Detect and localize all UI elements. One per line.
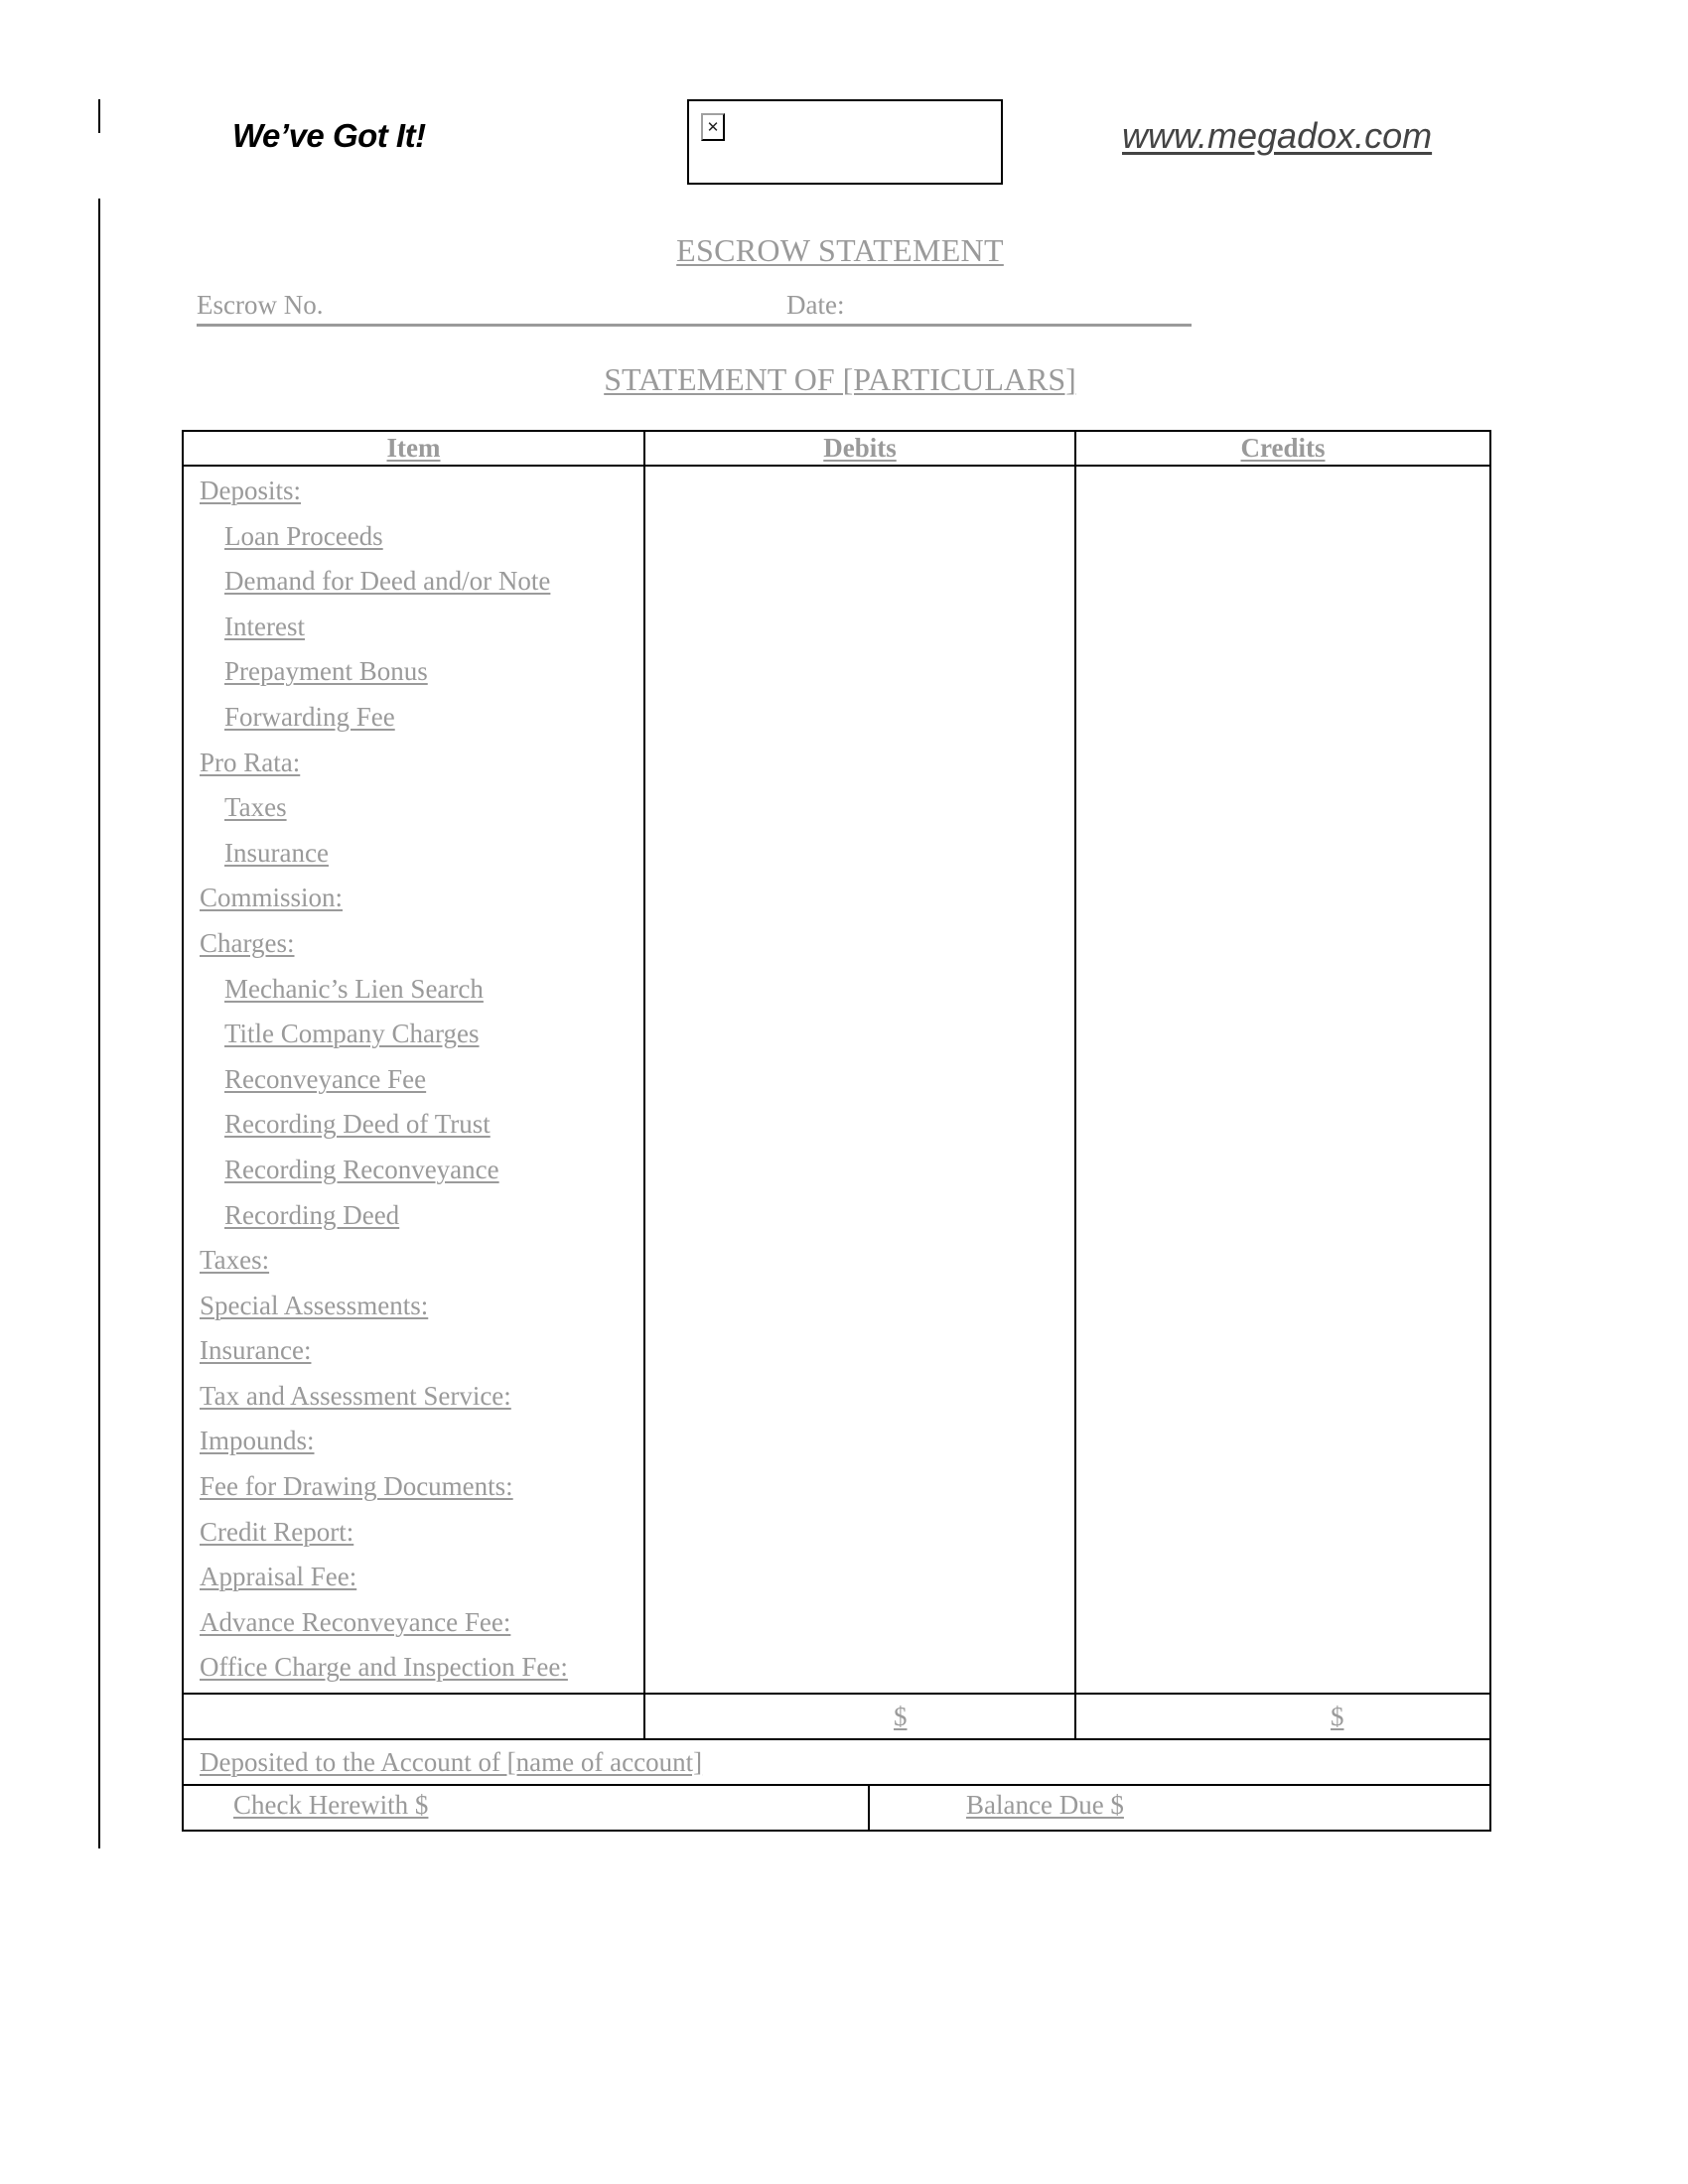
- item-label: Pro Rata:: [200, 748, 300, 777]
- credits-column[interactable]: [1075, 466, 1490, 1694]
- credit-total-symbol: $: [1331, 1702, 1344, 1731]
- item-label: Taxes: [224, 792, 287, 822]
- item-label: Credit Report:: [200, 1517, 353, 1547]
- debit-total-cell[interactable]: $: [644, 1694, 1075, 1739]
- logo-placeholder: ✕: [687, 99, 1003, 185]
- item-label: Recording Reconveyance: [224, 1155, 499, 1184]
- escrow-ledger-table: Item Debits Credits Deposits:Loan Procee…: [182, 430, 1491, 1832]
- item-category: Credit Report:: [184, 1512, 643, 1558]
- date-label: Date:: [786, 290, 844, 321]
- escrow-no-label: Escrow No.: [197, 290, 323, 321]
- item-label: Reconveyance Fee: [224, 1064, 426, 1094]
- item-category: Commission:: [184, 878, 643, 923]
- item-label: Special Assessments:: [200, 1291, 428, 1320]
- item-subcategory: Recording Reconveyance: [184, 1150, 643, 1195]
- item-label: Forwarding Fee: [224, 702, 395, 732]
- item-label: Recording Deed of Trust: [224, 1109, 491, 1139]
- payment-row: Check Herewith $ Balance Due $: [183, 1785, 1490, 1831]
- balance-due-field[interactable]: Balance Due $: [966, 1790, 1124, 1821]
- item-category: Pro Rata:: [184, 743, 643, 788]
- items-body-row: Deposits:Loan ProceedsDemand for Deed an…: [183, 466, 1490, 1694]
- item-category: Advance Reconveyance Fee:: [184, 1602, 643, 1648]
- item-category: Tax and Assessment Service:: [184, 1376, 643, 1422]
- margin-change-bar-top: [98, 99, 100, 133]
- item-subcategory: Reconveyance Fee: [184, 1059, 643, 1105]
- item-label: Interest: [224, 612, 305, 641]
- item-category: Charges:: [184, 923, 643, 969]
- payment-cell: Check Herewith $ Balance Due $: [183, 1785, 1490, 1831]
- payment-divider: [868, 1784, 870, 1832]
- item-category: Fee for Drawing Documents:: [184, 1466, 643, 1512]
- item-label: Loan Proceeds: [224, 521, 383, 551]
- escrow-date-field-line[interactable]: [197, 324, 1192, 327]
- item-category: Impounds:: [184, 1421, 643, 1466]
- column-header-credits: Credits: [1075, 431, 1490, 466]
- broken-image-icon: ✕: [701, 113, 725, 141]
- item-label: Fee for Drawing Documents:: [200, 1471, 513, 1501]
- item-subcategory: Loan Proceeds: [184, 516, 643, 562]
- document-title-text: ESCROW STATEMENT: [676, 232, 1004, 268]
- margin-change-bar: [98, 199, 100, 1848]
- item-label: Advance Reconveyance Fee:: [200, 1607, 510, 1637]
- debit-total-symbol: $: [894, 1702, 908, 1731]
- item-subcategory: Insurance: [184, 833, 643, 879]
- column-header-credits-label: Credits: [1241, 433, 1326, 463]
- table-header-row: Item Debits Credits: [183, 431, 1490, 466]
- item-category: Special Assessments:: [184, 1286, 643, 1331]
- item-subcategory: Recording Deed of Trust: [184, 1104, 643, 1150]
- item-category: Taxes:: [184, 1240, 643, 1286]
- item-label: Mechanic’s Lien Search: [224, 974, 484, 1004]
- item-category: Insurance:: [184, 1330, 643, 1376]
- statement-subtitle-text: STATEMENT OF [PARTICULARS]: [604, 361, 1076, 397]
- totals-item-cell: [183, 1694, 644, 1739]
- item-label: Demand for Deed and/or Note: [224, 566, 550, 596]
- deposited-to-cell[interactable]: Deposited to the Account of [name of acc…: [183, 1739, 1490, 1785]
- website-link[interactable]: www.megadox.com: [1122, 115, 1432, 157]
- statement-subtitle: STATEMENT OF [PARTICULARS]: [0, 361, 1688, 398]
- item-subcategory: Recording Deed: [184, 1195, 643, 1241]
- check-herewith-field[interactable]: Check Herewith $: [233, 1790, 428, 1821]
- item-label: Office Charge and Inspection Fee:: [200, 1652, 568, 1682]
- item-label: Charges:: [200, 928, 295, 958]
- item-category: Deposits:: [184, 471, 643, 516]
- item-label: Tax and Assessment Service:: [200, 1381, 511, 1411]
- deposited-to-row: Deposited to the Account of [name of acc…: [183, 1739, 1490, 1785]
- column-header-item-label: Item: [387, 433, 441, 463]
- item-label: Recording Deed: [224, 1200, 399, 1230]
- item-label: Deposits:: [200, 476, 301, 505]
- credit-total-cell[interactable]: $: [1075, 1694, 1490, 1739]
- item-subcategory: Demand for Deed and/or Note: [184, 561, 643, 607]
- totals-row: $ $: [183, 1694, 1490, 1739]
- item-label: Title Company Charges: [224, 1019, 480, 1048]
- column-header-debits: Debits: [644, 431, 1075, 466]
- payment-split: Check Herewith $ Balance Due $: [184, 1786, 1489, 1830]
- item-subcategory: Prepayment Bonus: [184, 651, 643, 697]
- item-subcategory: Title Company Charges: [184, 1014, 643, 1059]
- column-header-debits-label: Debits: [823, 433, 897, 463]
- item-subcategory: Mechanic’s Lien Search: [184, 969, 643, 1015]
- items-column: Deposits:Loan ProceedsDemand for Deed an…: [183, 466, 644, 1694]
- item-label: Commission:: [200, 883, 343, 912]
- document-title: ESCROW STATEMENT: [0, 232, 1688, 269]
- item-label: Taxes:: [200, 1245, 269, 1275]
- column-header-item: Item: [183, 431, 644, 466]
- debits-column[interactable]: [644, 466, 1075, 1694]
- item-label: Insurance:: [200, 1335, 311, 1365]
- tagline: We’ve Got It!: [232, 117, 426, 155]
- item-category: Office Charge and Inspection Fee:: [184, 1647, 643, 1693]
- item-subcategory: Forwarding Fee: [184, 697, 643, 743]
- deposited-to-text: Deposited to the Account of [name of acc…: [200, 1747, 702, 1777]
- item-label: Appraisal Fee:: [200, 1562, 356, 1591]
- item-subcategory: Taxes: [184, 787, 643, 833]
- item-subcategory: Interest: [184, 607, 643, 652]
- item-label: Insurance: [224, 838, 329, 868]
- item-category: Appraisal Fee:: [184, 1557, 643, 1602]
- item-label: Prepayment Bonus: [224, 656, 428, 686]
- item-label: Impounds:: [200, 1426, 315, 1455]
